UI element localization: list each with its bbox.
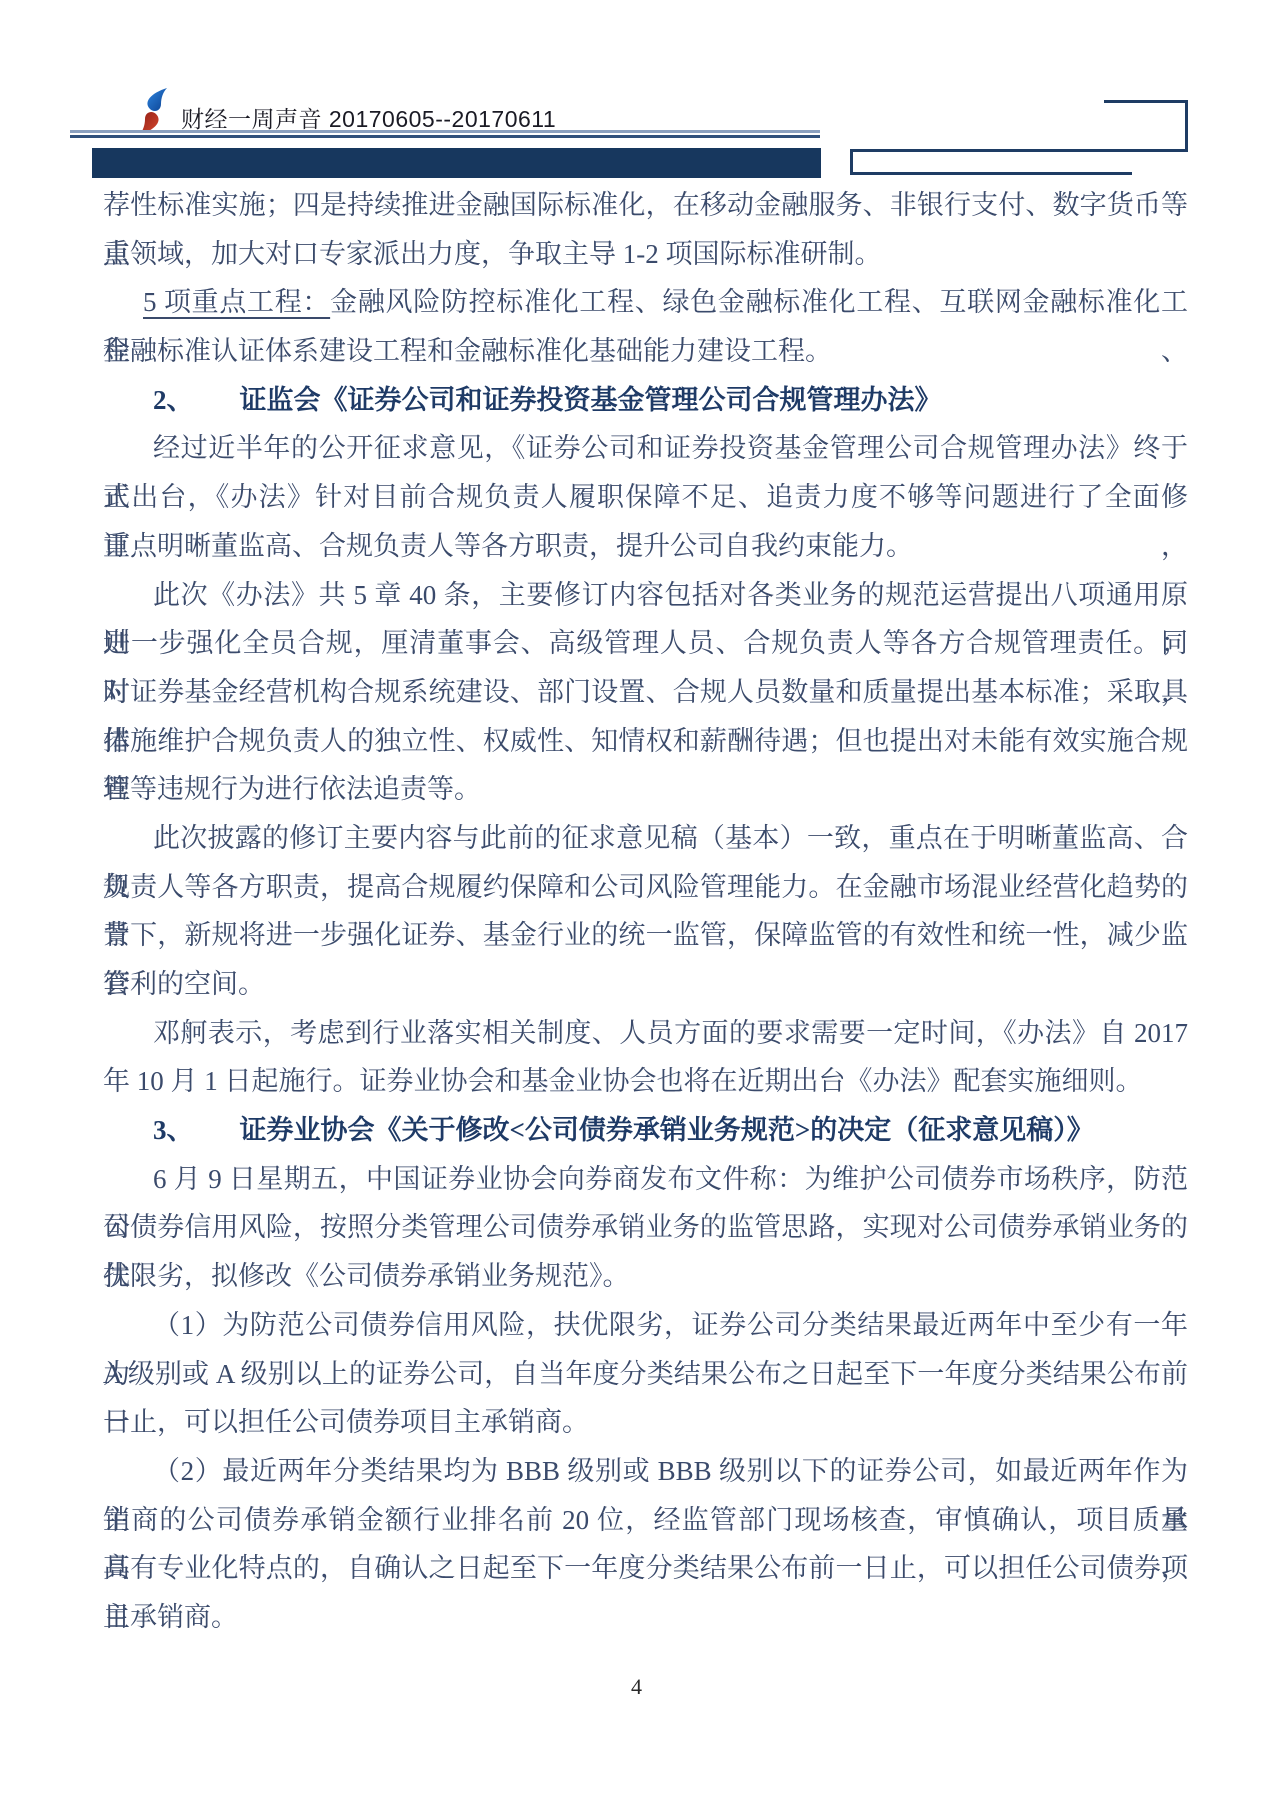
text-line: 主承销商。 [103, 1593, 1188, 1642]
text-line: 司债券信用风险，按照分类管理公司债券承销业务的监管思路，实现对公司债券承销业务的… [103, 1203, 1188, 1252]
text-line: 进一步强化全员合规，厘清董事会、高级管理人员、合规负责人等各方合规管理责任。同时… [103, 619, 1188, 668]
text-line: 套利的空间。 [103, 960, 1188, 1009]
text-line: 对证券基金经营机构合规系统建设、部门设置、合规人员数量和质量提出基本标准；采取具… [103, 668, 1188, 717]
text-line: 负责人等各方职责，提高合规履约保障和公司风险管理能力。在金融市场混业经营化趋势的… [103, 863, 1188, 912]
header-decor-box-bottom [850, 152, 1132, 175]
document-body: 荐性标准实施；四是持续推进金融国际标准化，在移动金融服务、非银行支付、数字货币等… [103, 181, 1188, 1642]
section-number: 2、 [153, 376, 194, 425]
text-line: 措施维护合规负责人的独立性、权威性、知情权和薪酬待遇；但也提出对未能有效实施合规… [103, 717, 1188, 766]
text-line: 式出台，《办法》针对目前合规负责人履职保障不足、追责力度不够等问题进行了全面修订… [103, 473, 1188, 522]
text-line: 6 月 9 日星期五，中国证券业协会向券商发布文件称：为维护公司债券市场秩序，防… [103, 1155, 1188, 1204]
text-line: 邓舸表示，考虑到行业落实相关制度、人员方面的要求需要一定时间，《办法》自 201… [103, 1009, 1188, 1058]
document-page: 财经一周声音 20170605--20170611 荐性标准实施；四是持续推进金… [0, 0, 1273, 1800]
section-heading-3: 3、证券业协会《关于修改<公司债券承销业务规范>的决定（征求意见稿）》 [103, 1106, 1188, 1155]
header-decor-box-top [1104, 100, 1188, 152]
text-line: 此次披露的修订主要内容与此前的征求意见稿（基本）一致，重点在于明晰董监高、合规 [103, 814, 1188, 863]
text-line: 年 10 月 1 日起施行。证券业协会和基金业协会也将在近期出台《办法》配套实施… [103, 1057, 1188, 1106]
text-line: 日止，可以担任公司债券项目主承销商。 [103, 1398, 1188, 1447]
logo-swoosh-icon [137, 88, 169, 136]
text-line: 具有专业化特点的，自确认之日起至下一年度分类结果公布前一日止，可以担任公司债券项… [103, 1544, 1188, 1593]
text-line: 荐性标准实施；四是持续推进金融国际标准化，在移动金融服务、非银行支付、数字货币等… [103, 181, 1188, 230]
text-line: （2）最近两年分类结果均为 BBB 级别或 BBB 级别以下的证券公司，如最近两… [103, 1447, 1188, 1496]
header-navy-bar [92, 148, 821, 178]
text-line: 销商的公司债券承销金额行业排名前 20 位，经监管部门现场核查，审慎确认，项目质… [103, 1496, 1188, 1545]
text-line: 点领域，加大对口专家派出力度，争取主导 1-2 项国际标准研制。 [103, 230, 1188, 279]
text-line: A 级别或 A 级别以上的证券公司，自当年度分类结果公布之日起至下一年度分类结果… [103, 1350, 1188, 1399]
text-line: 景下，新规将进一步强化证券、基金行业的统一监管，保障监管的有效性和统一性，减少监… [103, 911, 1188, 960]
text-line: 优限劣，拟修改《公司债券承销业务规范》。 [103, 1252, 1188, 1301]
text-line: 此次《办法》共 5 章 40 条，主要修订内容包括对各类业务的规范运营提出八项通… [103, 571, 1188, 620]
section-title: 证券业协会《关于修改<公司债券承销业务规范>的决定（征求意见稿）》 [240, 1115, 1094, 1145]
header-rule [70, 130, 820, 138]
section-number: 3、 [153, 1106, 194, 1155]
text-line: 5 项重点工程：金融风险防控标准化工程、绿色金融标准化工程、互联网金融标准化工程… [103, 278, 1188, 327]
section-heading-2: 2、证监会《证券公司和证券投资基金管理公司合规管理办法》 [103, 376, 1188, 425]
text-line: 理等违规行为进行依法追责等。 [103, 765, 1188, 814]
text-line: （1）为防范公司债券信用风险，扶优限劣，证券公司分类结果最近两年中至少有一年为 [103, 1301, 1188, 1350]
text-line: 经过近半年的公开征求意见，《证券公司和证券投资基金管理公司合规管理办法》终于正 [103, 424, 1188, 473]
section-title: 证监会《证券公司和证券投资基金管理公司合规管理办法》 [240, 385, 942, 415]
page-number: 4 [0, 1674, 1273, 1700]
underlined-phrase: 5 项重点工程： [143, 287, 330, 317]
